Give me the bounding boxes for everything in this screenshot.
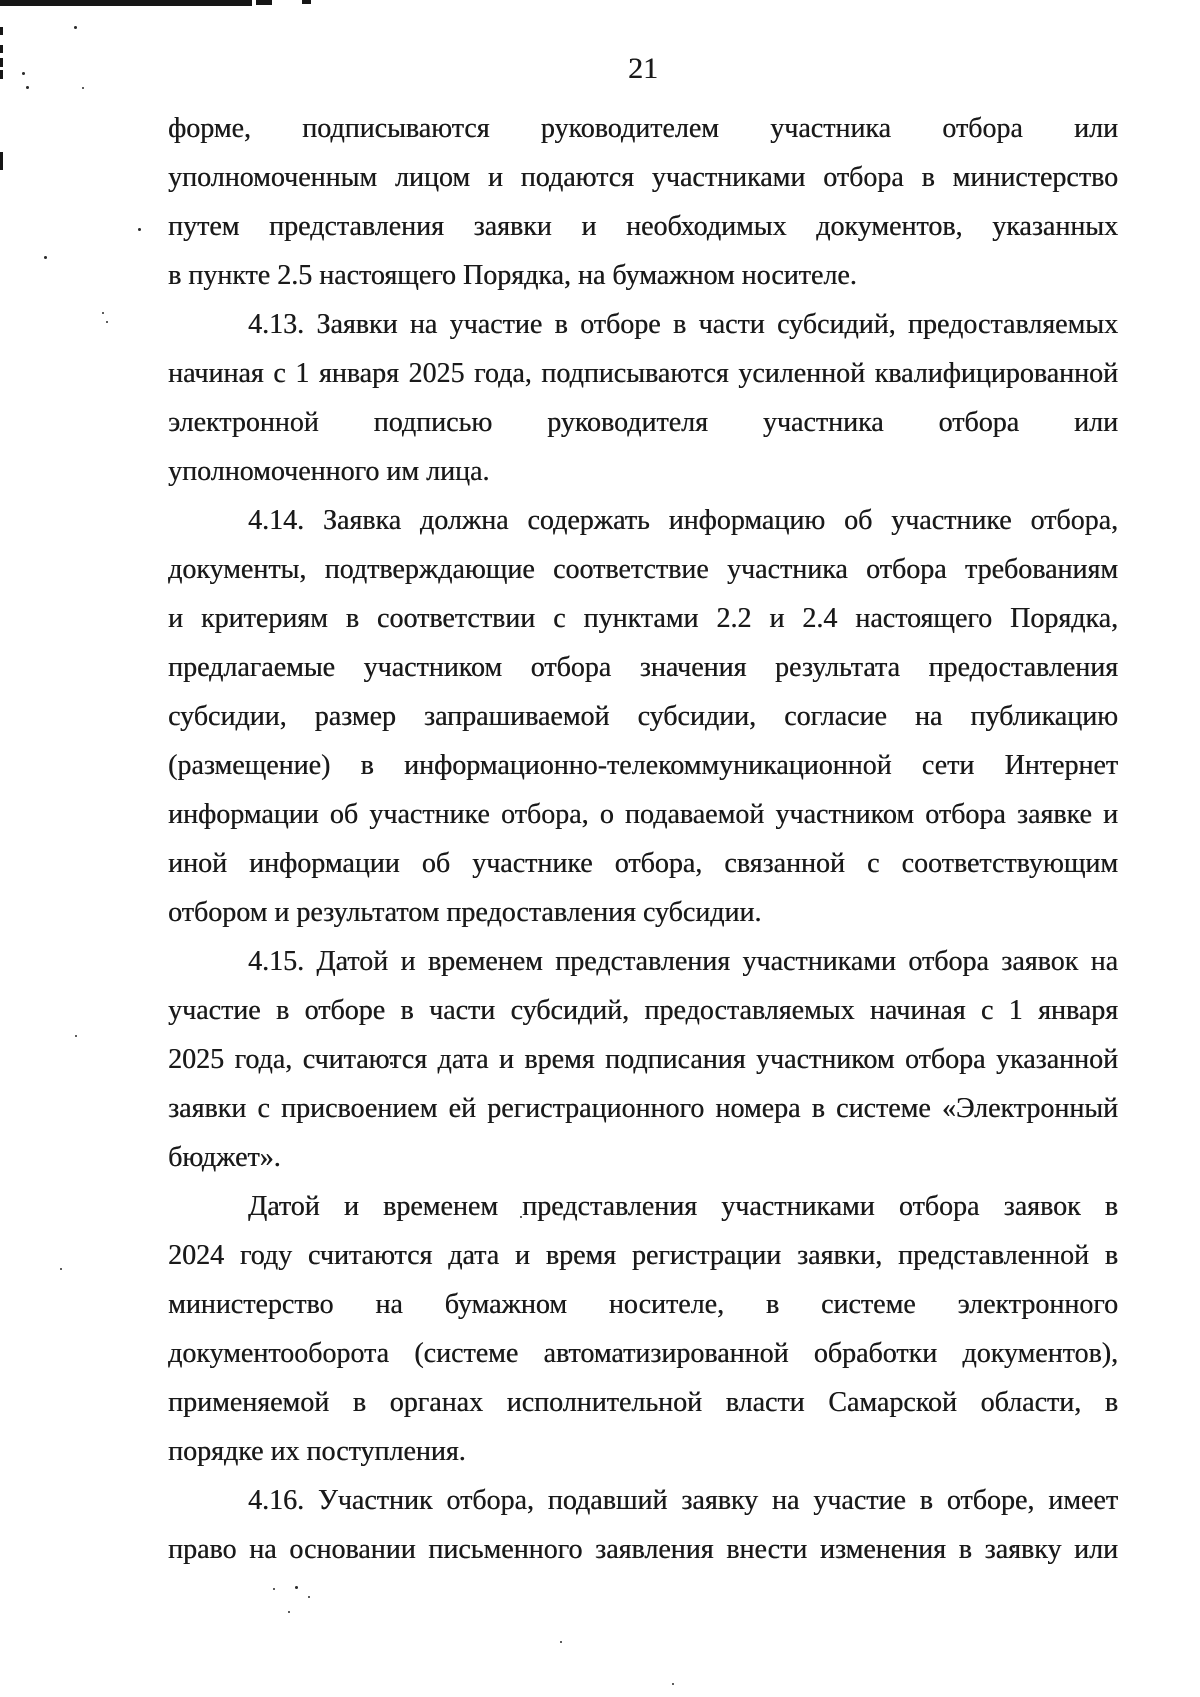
scan-speck [75, 1035, 77, 1037]
text-line: порядке их поступления. [168, 1427, 1118, 1476]
scan-edge-dash [0, 27, 3, 35]
scan-speck [288, 1611, 290, 1613]
scan-speck [308, 1596, 310, 1598]
text-line: Датой и временем представления участника… [168, 1182, 1118, 1231]
text-line: право на основании письменного заявления… [168, 1525, 1118, 1574]
scan-speck [82, 87, 84, 89]
text-line: уполномоченного им лица. [168, 447, 1118, 496]
scan-speck [138, 228, 141, 231]
text-line: бюджет». [168, 1133, 1118, 1182]
scan-edge-dash [0, 58, 3, 67]
text-line: 4.14. Заявка должна содержать информацию… [168, 496, 1118, 545]
text-line: применяемой в органах исполнительной вла… [168, 1378, 1118, 1427]
text-line: заявки с присвоением ей регистрационного… [168, 1084, 1118, 1133]
page-number: 21 [168, 52, 1118, 86]
scan-edge-dash [0, 70, 3, 79]
text-line: участие в отборе в части субсидий, предо… [168, 986, 1118, 1035]
text-line: документооборота (системе автоматизирова… [168, 1329, 1118, 1378]
scan-edge-bar [0, 0, 252, 6]
text-line: уполномоченным лицом и подаются участник… [168, 153, 1118, 202]
scan-speck [26, 86, 29, 89]
text-line: министерство на бумажном носителе, в сис… [168, 1280, 1118, 1329]
scan-speck [273, 1588, 275, 1590]
scan-speck [102, 312, 104, 314]
text-line: документы, подтверждающие соответствие у… [168, 545, 1118, 594]
text-line: в пункте 2.5 настоящего Порядка, на бума… [168, 251, 1118, 300]
text-line: форме, подписываются руководителем участ… [168, 104, 1118, 153]
scan-speck [44, 256, 47, 259]
text-line: отбором и результатом предоставления суб… [168, 888, 1118, 937]
text-block: форме, подписываются руководителем участ… [168, 104, 1118, 1574]
text-line: 4.16. Участник отбора, подавший заявку н… [168, 1476, 1118, 1525]
scan-speck [672, 1683, 674, 1685]
text-line: 2024 году считаются дата и время регистр… [168, 1231, 1118, 1280]
text-line: начиная с 1 января 2025 года, подписываю… [168, 349, 1118, 398]
text-line: предлагаемые участником отбора значения … [168, 643, 1118, 692]
scan-edge-dash [0, 152, 3, 170]
text-line: (размещение) в информационно-телекоммуни… [168, 741, 1118, 790]
scan-speck [60, 1268, 62, 1270]
scan-speck [295, 1586, 298, 1589]
text-line: и критериям в соответствии с пунктами 2.… [168, 594, 1118, 643]
text-line: 2025 года, считаются дата и время подпис… [168, 1035, 1118, 1084]
text-line: путем представления заявки и необходимых… [168, 202, 1118, 251]
text-line: электронной подписью руководителя участн… [168, 398, 1118, 447]
scan-edge-mark [302, 0, 311, 4]
document-page: 21 форме, подписываются руководителем уч… [0, 0, 1200, 1697]
text-line: субсидии, размер запрашиваемой субсидии,… [168, 692, 1118, 741]
text-line: информации об участнике отбора, о подава… [168, 790, 1118, 839]
text-line: 4.15. Датой и временем представления уча… [168, 937, 1118, 986]
scan-speck [560, 1641, 562, 1643]
text-line: 4.13. Заявки на участие в отборе в части… [168, 300, 1118, 349]
text-line: иной информации об участнике отбора, свя… [168, 839, 1118, 888]
scan-speck [106, 321, 108, 323]
scan-edge-dash [0, 45, 3, 53]
scan-edge-mark [256, 0, 272, 5]
scan-speck [22, 72, 25, 75]
scan-speck [74, 26, 77, 29]
